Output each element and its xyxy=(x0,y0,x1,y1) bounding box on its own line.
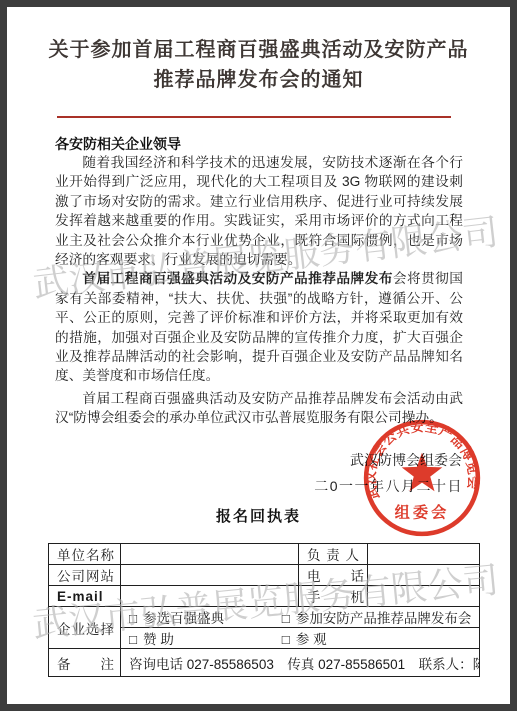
table-row: 备 注 咨询电话 027-85586503 传真 027-85586501 联系… xyxy=(49,649,480,677)
checkbox-icon: □ xyxy=(282,632,290,647)
red-star-icon xyxy=(402,453,443,492)
official-seal-stamp: 武汉社会公共安全产品博览会 组委会 xyxy=(359,415,485,541)
remarks-label: 备 注 xyxy=(49,649,121,677)
table-row: 公司网站 电 话 xyxy=(49,565,480,586)
paragraph-2-bold-lead: 首届工程商百强盛典活动及安防产品推荐品牌发布 xyxy=(82,271,392,286)
mobile-label: 手 机 xyxy=(299,586,368,607)
title-line-2: 推荐品牌发布会的通知 xyxy=(7,65,510,95)
page-title: 关于参加首届工程商百强盛典活动及安防产品 推荐品牌发布会的通知 xyxy=(7,35,510,95)
table-row: 单位名称 负 责 人 xyxy=(49,544,480,565)
checkbox-option-launch-event[interactable]: □参加安防产品推荐品牌发布会 xyxy=(282,607,472,627)
website-field[interactable] xyxy=(121,565,299,586)
enterprise-choice-label: 企业选择 xyxy=(49,607,121,649)
checkbox-icon: □ xyxy=(129,611,137,626)
company-name-field[interactable] xyxy=(121,544,299,565)
checkbox-label: 参 观 xyxy=(296,632,327,647)
seal-bottom-text: 组委会 xyxy=(395,504,450,522)
email-field[interactable] xyxy=(121,586,299,607)
phone-field[interactable] xyxy=(368,565,480,586)
website-label: 公司网站 xyxy=(49,565,121,586)
email-label: E-mail xyxy=(49,586,121,607)
salutation: 各安防相关企业领导 xyxy=(55,134,181,154)
paragraph-2: 首届工程商百强盛典活动及安防产品推荐品牌发布会将贯彻国家有关部委精神，“扶大、扶… xyxy=(55,269,463,385)
checkbox-option-visit[interactable]: □参 观 xyxy=(282,628,327,648)
checkbox-icon: □ xyxy=(282,611,290,626)
title-line-1: 关于参加首届工程商百强盛典活动及安防产品 xyxy=(7,35,510,65)
title-divider xyxy=(57,116,451,118)
checkbox-icon: □ xyxy=(129,632,137,647)
table-row: E-mail 手 机 xyxy=(49,586,480,607)
checkbox-label: 赞 助 xyxy=(143,632,174,647)
choice-row-2: □赞 助 □参 观 xyxy=(121,628,480,649)
paragraph-1: 随着我国经济和科学技术的迅速发展，安防技术逐渐在各个行业开始得到广泛应用，现代化… xyxy=(55,153,463,269)
registration-reply-table: 单位名称 负 责 人 公司网站 电 话 E-mail 手 机 企业选择 □参选百… xyxy=(48,543,480,677)
company-name-label: 单位名称 xyxy=(49,544,121,565)
paragraph-2-rest: 会将贯彻国家有关部委精神，“扶大、扶优、扶强”的战略方针，遵循公开、公平、公正的… xyxy=(55,271,463,383)
mobile-field[interactable] xyxy=(368,586,480,607)
choice-row-1: □参选百强盛典 □参加安防产品推荐品牌发布会 xyxy=(121,607,480,628)
checkbox-label: 参选百强盛典 xyxy=(143,611,224,626)
checkbox-label: 参加安防产品推荐品牌发布会 xyxy=(296,611,472,626)
checkbox-option-sponsor[interactable]: □赞 助 xyxy=(129,628,278,648)
notice-document: 关于参加首届工程商百强盛典活动及安防产品 推荐品牌发布会的通知 各安防相关企业领… xyxy=(0,0,517,711)
principal-label: 负 责 人 xyxy=(299,544,368,565)
phone-label: 电 话 xyxy=(299,565,368,586)
checkbox-option-top100[interactable]: □参选百强盛典 xyxy=(129,607,278,627)
notice-body: 随着我国经济和科学技术的迅速发展，安防技术逐渐在各个行业开始得到广泛应用，现代化… xyxy=(55,153,463,428)
principal-field[interactable] xyxy=(368,544,480,565)
remarks-contact-info: 咨询电话 027-85586503 传真 027-85586501 联系人：陈小… xyxy=(121,649,480,677)
table-row: 企业选择 □参选百强盛典 □参加安防产品推荐品牌发布会 xyxy=(49,607,480,628)
